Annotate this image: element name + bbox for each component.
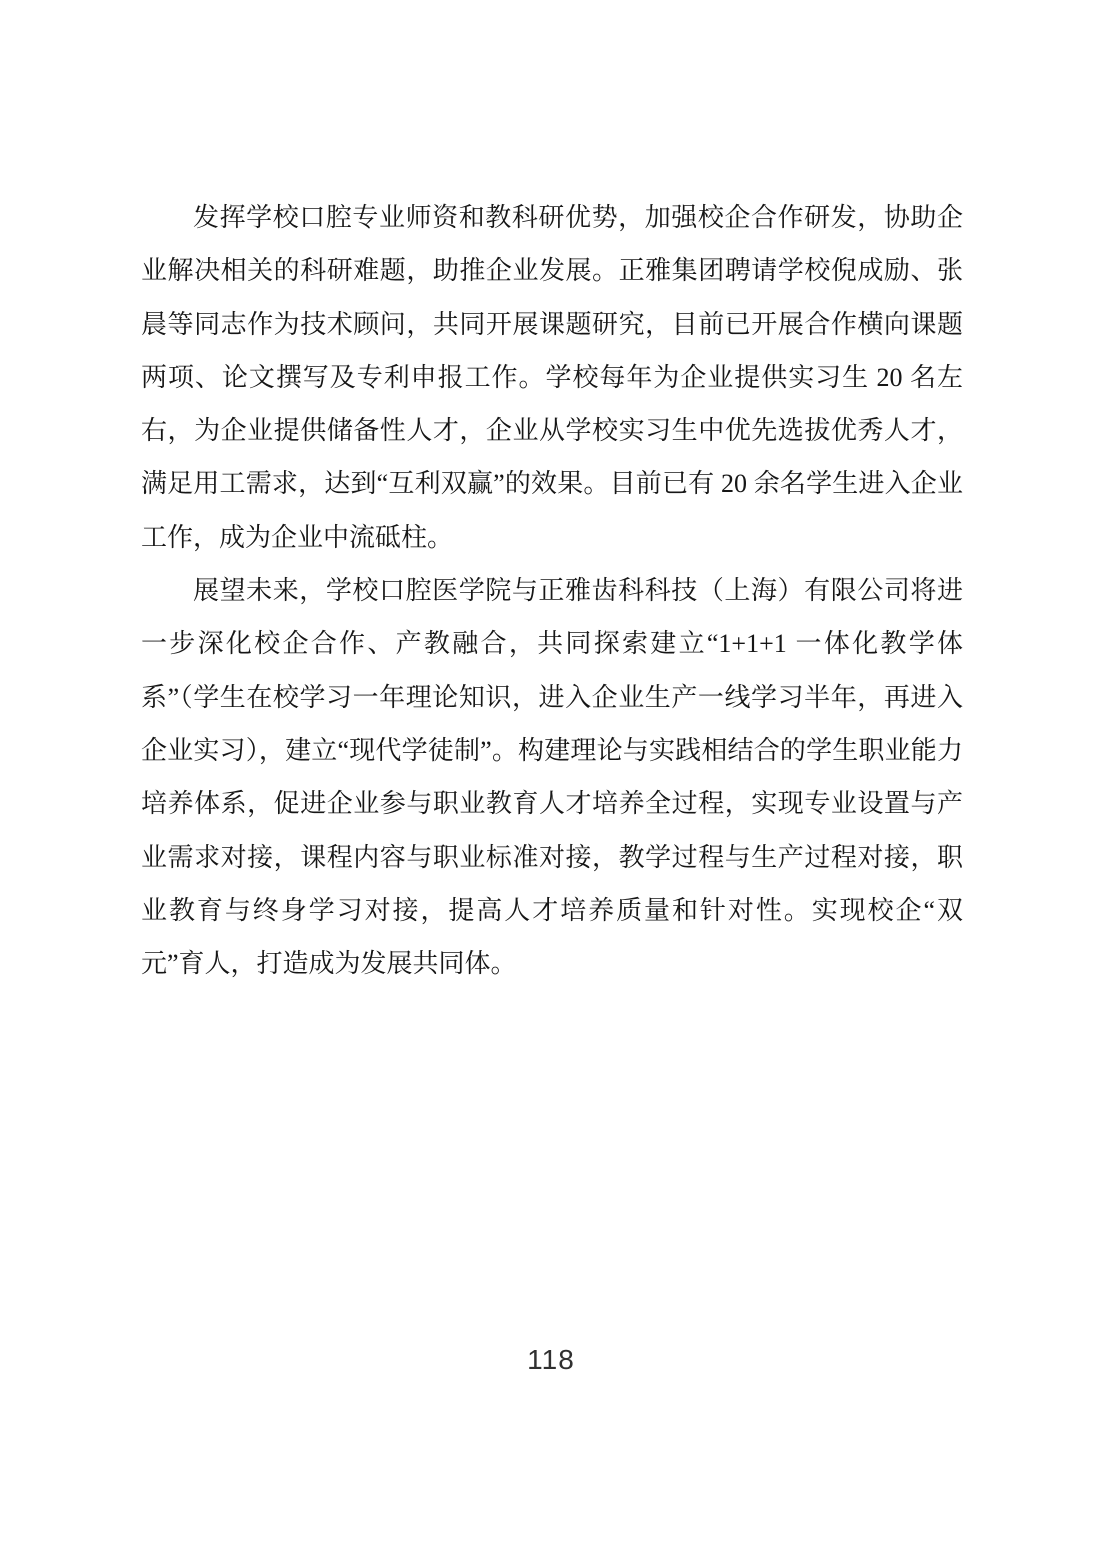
document-body: 发挥学校口腔专业师资和教科研优势，加强校企合作研发，协助企业解决相关的科研难题，… xyxy=(141,191,963,990)
paragraph-future-outlook: 展望未来，学校口腔医学院与正雅齿科科技（上海）有限公司将进一步深化校企合作、产教… xyxy=(141,564,963,990)
page-number: 118 xyxy=(527,1344,575,1375)
document-page: 发挥学校口腔专业师资和教科研优势，加强校企合作研发，协助企业解决相关的科研难题，… xyxy=(0,0,1102,1559)
paragraph-school-enterprise-cooperation: 发挥学校口腔专业师资和教科研优势，加强校企合作研发，协助企业解决相关的科研难题，… xyxy=(141,191,963,564)
page-footer: 118 xyxy=(0,1344,1102,1376)
